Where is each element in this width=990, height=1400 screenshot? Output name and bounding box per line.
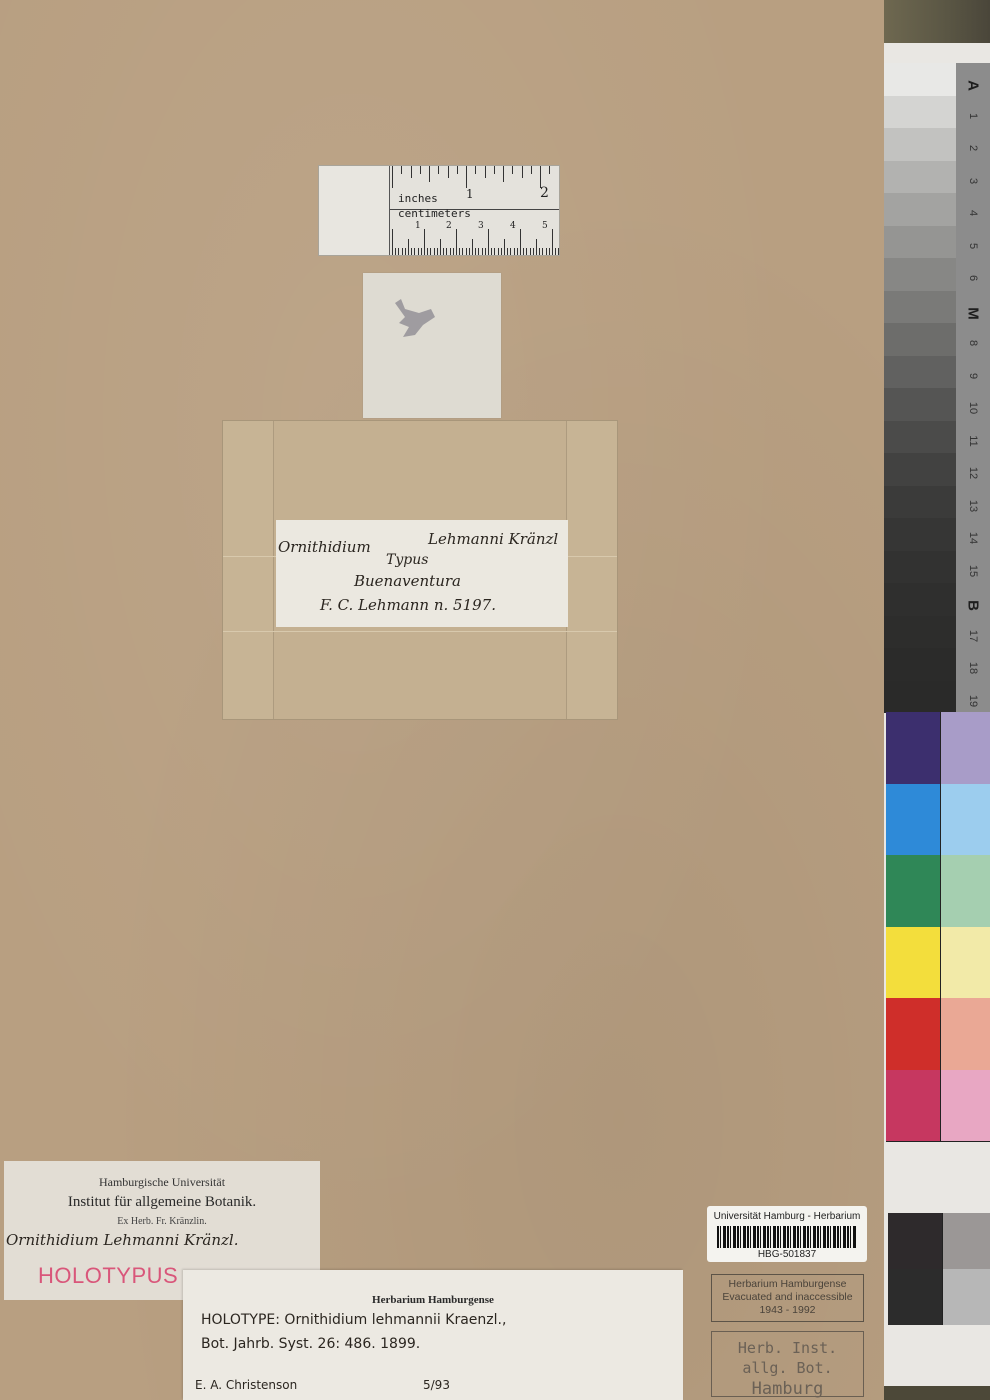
color-patch (940, 784, 990, 857)
gray-patch (884, 226, 956, 259)
grayscale-step-label: 5 (967, 229, 979, 263)
grayscale-step-label: 18 (967, 651, 979, 685)
ruler-tick (448, 166, 449, 178)
gray-patch (884, 323, 956, 356)
ruler-tick (498, 248, 499, 255)
envelope-flap (223, 421, 274, 719)
ruler-tick (552, 229, 553, 255)
color-patch (940, 855, 990, 928)
grayscale-step-label: 8 (967, 326, 979, 360)
ruler-tick (438, 166, 439, 174)
ruler-tick (421, 248, 422, 255)
ruler-tick (533, 248, 534, 255)
scale-ruler: inches 1 2 centimeters 1 2 3 4 5 (318, 165, 560, 256)
ruler-tick (392, 229, 393, 255)
ruler-tick (523, 248, 524, 255)
gray-patch (884, 583, 956, 616)
handwritten-name: Ornithidium Lehmanni Kränzl. (6, 1231, 238, 1249)
ruler-tick (482, 248, 483, 255)
ruler-tick (517, 248, 518, 255)
grayscale-step-label: 14 (967, 521, 979, 555)
gray-patch (884, 96, 956, 129)
ruler-tick (469, 248, 470, 255)
color-patch (942, 1213, 990, 1269)
ruler-tick (503, 166, 504, 182)
inches-label: inches (398, 192, 438, 205)
ruler-tick (494, 248, 495, 255)
ruler-tick (418, 248, 419, 255)
specimen-fragment-packet (363, 273, 501, 418)
ruler-tick (446, 248, 447, 255)
ruler-tick (430, 248, 431, 255)
ruler-tick (398, 248, 399, 255)
ruler-tick (475, 248, 476, 255)
gray-patch (884, 486, 956, 519)
scanner-backdrop (884, 1386, 990, 1400)
gray-patch (884, 291, 956, 324)
ruler-tick (540, 166, 541, 188)
color-patch (888, 1269, 942, 1325)
grayscale-label-strip: A123456M89101112131415B171819 (956, 63, 990, 713)
gray-patch (884, 128, 956, 161)
ruler-tick (411, 166, 412, 178)
grayscale-step-label: B (965, 589, 982, 623)
ruler-tick (427, 248, 428, 255)
ruler-tick (429, 166, 430, 182)
ruler-tick (507, 248, 508, 255)
ruler-tick (453, 248, 454, 255)
grayscale-step-label: 11 (967, 424, 979, 458)
citation-line: Bot. Jahrb. Syst. 26: 486. 1899. (201, 1336, 420, 1352)
cm-number: 1 (415, 221, 421, 231)
ruler-tick (437, 248, 438, 255)
ruler-tick (395, 248, 396, 255)
holotypus-stamp: HOLOTYPUS (38, 1263, 178, 1289)
gray-patch (884, 648, 956, 681)
envelope-flap (566, 421, 617, 719)
university-name: Hamburgische Universität (4, 1175, 320, 1190)
grayscale-step-label: 4 (967, 196, 979, 230)
color-patch (888, 1213, 942, 1269)
herbarium-source: Ex Herb. Fr. Kränzlin. (4, 1216, 320, 1227)
ruler-tick (440, 239, 441, 255)
ruler-tick (542, 248, 543, 255)
grayscale-step-label: 12 (967, 456, 979, 490)
ruler-tick (408, 239, 409, 255)
grayscale-step-label: 17 (967, 619, 979, 653)
color-patch (886, 998, 940, 1071)
ruler-tick (456, 229, 457, 255)
ruler-tick (539, 248, 540, 255)
ruler-tick (414, 248, 415, 255)
determination-date: 5/93 (423, 1378, 450, 1392)
determination-label: Ornithidium Lehmanni Kränzl Typus Buenav… (276, 520, 568, 627)
grayscale-step-label: 6 (967, 261, 979, 295)
ruler-tick (546, 248, 547, 255)
gray-patch (884, 681, 956, 714)
grayscale-step-label: 10 (967, 391, 979, 425)
centimeters-label: centimeters (398, 207, 471, 220)
ruler-tick (526, 248, 527, 255)
ruler-tick (514, 248, 515, 255)
ruler-tick (411, 248, 412, 255)
ruler-tick (405, 248, 406, 255)
ruler-tick (491, 248, 492, 255)
gray-patch (884, 421, 956, 454)
grayscale-step-label: 2 (967, 131, 979, 165)
barcode-icon (717, 1226, 857, 1248)
ruler-tick (520, 229, 521, 255)
stamp-line: Herb. Inst. allg. Bot. (712, 1338, 863, 1378)
stamp-line: Evacuated and inaccessible (712, 1291, 863, 1304)
color-patch (940, 712, 990, 785)
ruler-tick (549, 248, 550, 255)
label-header: Herbarium Hamburgense (183, 1294, 683, 1306)
institute-stamp: Herb. Inst. allg. Bot. Hamburg (711, 1331, 864, 1397)
institute-name: Institut für allgemeine Botanik. (4, 1194, 320, 1211)
ruler-tick (558, 248, 559, 255)
color-patch (942, 1269, 990, 1325)
ruler-tick (443, 248, 444, 255)
cm-number: 2 (446, 221, 452, 231)
label-collector: F. C. Lehmann n. 5197. (320, 596, 496, 614)
color-calibration-chart: A123456M89101112131415B171819 (884, 43, 990, 1386)
cm-number: 4 (510, 221, 516, 231)
gray-patch (884, 453, 956, 486)
ruler-tick (466, 166, 467, 188)
ruler-tick (512, 166, 513, 174)
grayscale-step-label: 3 (967, 164, 979, 198)
stamp-line: Herbarium Hamburgense (712, 1278, 863, 1291)
ruler-tick (478, 248, 479, 255)
gray-patch (884, 616, 956, 649)
ruler-tick (531, 166, 532, 174)
stamp-line: 1943 - 1992 (712, 1304, 863, 1317)
gray-patch (884, 161, 956, 194)
gray-patch (884, 388, 956, 421)
label-locality: Buenaventura (354, 572, 461, 590)
barcode-number: HBG-501837 (707, 1249, 867, 1260)
gray-patch (884, 518, 956, 551)
color-patch (940, 998, 990, 1071)
ruler-tick (510, 248, 511, 255)
ruler-tick (424, 229, 425, 255)
barcode-label: Universität Hamburg - Herbarium HBG-5018… (707, 1206, 867, 1262)
ruler-tick (459, 248, 460, 255)
gray-patch (884, 63, 956, 96)
evacuated-stamp: Herbarium Hamburgense Evacuated and inac… (711, 1274, 864, 1322)
inch-number: 1 (466, 187, 474, 201)
grayscale-step-label: A (965, 69, 982, 103)
ruler-tick (501, 248, 502, 255)
color-patch (940, 1070, 990, 1143)
holotype-line: HOLOTYPE: Ornithidium lehmannii Kraenzl.… (201, 1312, 506, 1328)
color-patch (940, 927, 990, 1000)
label-epithet: Lehmanni Kränzl (428, 530, 558, 548)
ruler-tick (485, 166, 486, 178)
barcode-title: Universität Hamburg - Herbarium (707, 1211, 867, 1222)
color-patch (886, 855, 940, 928)
ruler-tick (488, 229, 489, 255)
herbarium-annotation-label: Herbarium Hamburgense HOLOTYPE: Ornithid… (183, 1270, 683, 1400)
ruler-tick (522, 166, 523, 178)
ruler-blank-area (319, 166, 390, 255)
ruler-tick (450, 248, 451, 255)
ruler-tick (402, 248, 403, 255)
ruler-tick (494, 166, 495, 174)
ruler-tick (555, 248, 556, 255)
ruler-tick (475, 166, 476, 174)
gray-patch (884, 551, 956, 584)
ruler-tick (457, 166, 458, 174)
ruler-tick (536, 239, 537, 255)
inch-number: 2 (540, 185, 549, 201)
envelope-fold (223, 631, 617, 632)
ruler-tick (401, 166, 402, 174)
gray-patch (884, 193, 956, 226)
grayscale-step-label: 15 (967, 554, 979, 588)
ruler-tick (462, 248, 463, 255)
determiner-name: E. A. Christenson (195, 1378, 297, 1392)
label-typus: Typus (386, 552, 428, 568)
ruler-scale: inches 1 2 centimeters 1 2 3 4 5 (390, 166, 559, 255)
ruler-tick (420, 166, 421, 174)
grayscale-step-label: 13 (967, 489, 979, 523)
label-genus: Ornithidium (278, 538, 371, 556)
specimen-fragment (385, 295, 445, 345)
ruler-tick (530, 248, 531, 255)
ruler-tick (434, 248, 435, 255)
color-patch (886, 784, 940, 857)
color-patch (886, 1070, 940, 1143)
scanner-backdrop (884, 0, 990, 43)
ruler-tick (466, 248, 467, 255)
ruler-tick (472, 239, 473, 255)
ruler-tick (504, 239, 505, 255)
cm-number: 5 (542, 221, 548, 231)
cm-number: 3 (478, 221, 484, 231)
gray-patch (884, 356, 956, 389)
grayscale-step-label: 1 (967, 99, 979, 133)
ruler-tick (485, 248, 486, 255)
ruler-tick (549, 166, 550, 174)
color-patch (886, 927, 940, 1000)
stamp-line: Hamburg (712, 1378, 863, 1400)
gray-patch (884, 258, 956, 291)
ruler-tick (392, 166, 393, 188)
color-patch (886, 712, 940, 785)
grayscale-step-label: 9 (967, 359, 979, 393)
grayscale-step-label: M (965, 296, 982, 330)
